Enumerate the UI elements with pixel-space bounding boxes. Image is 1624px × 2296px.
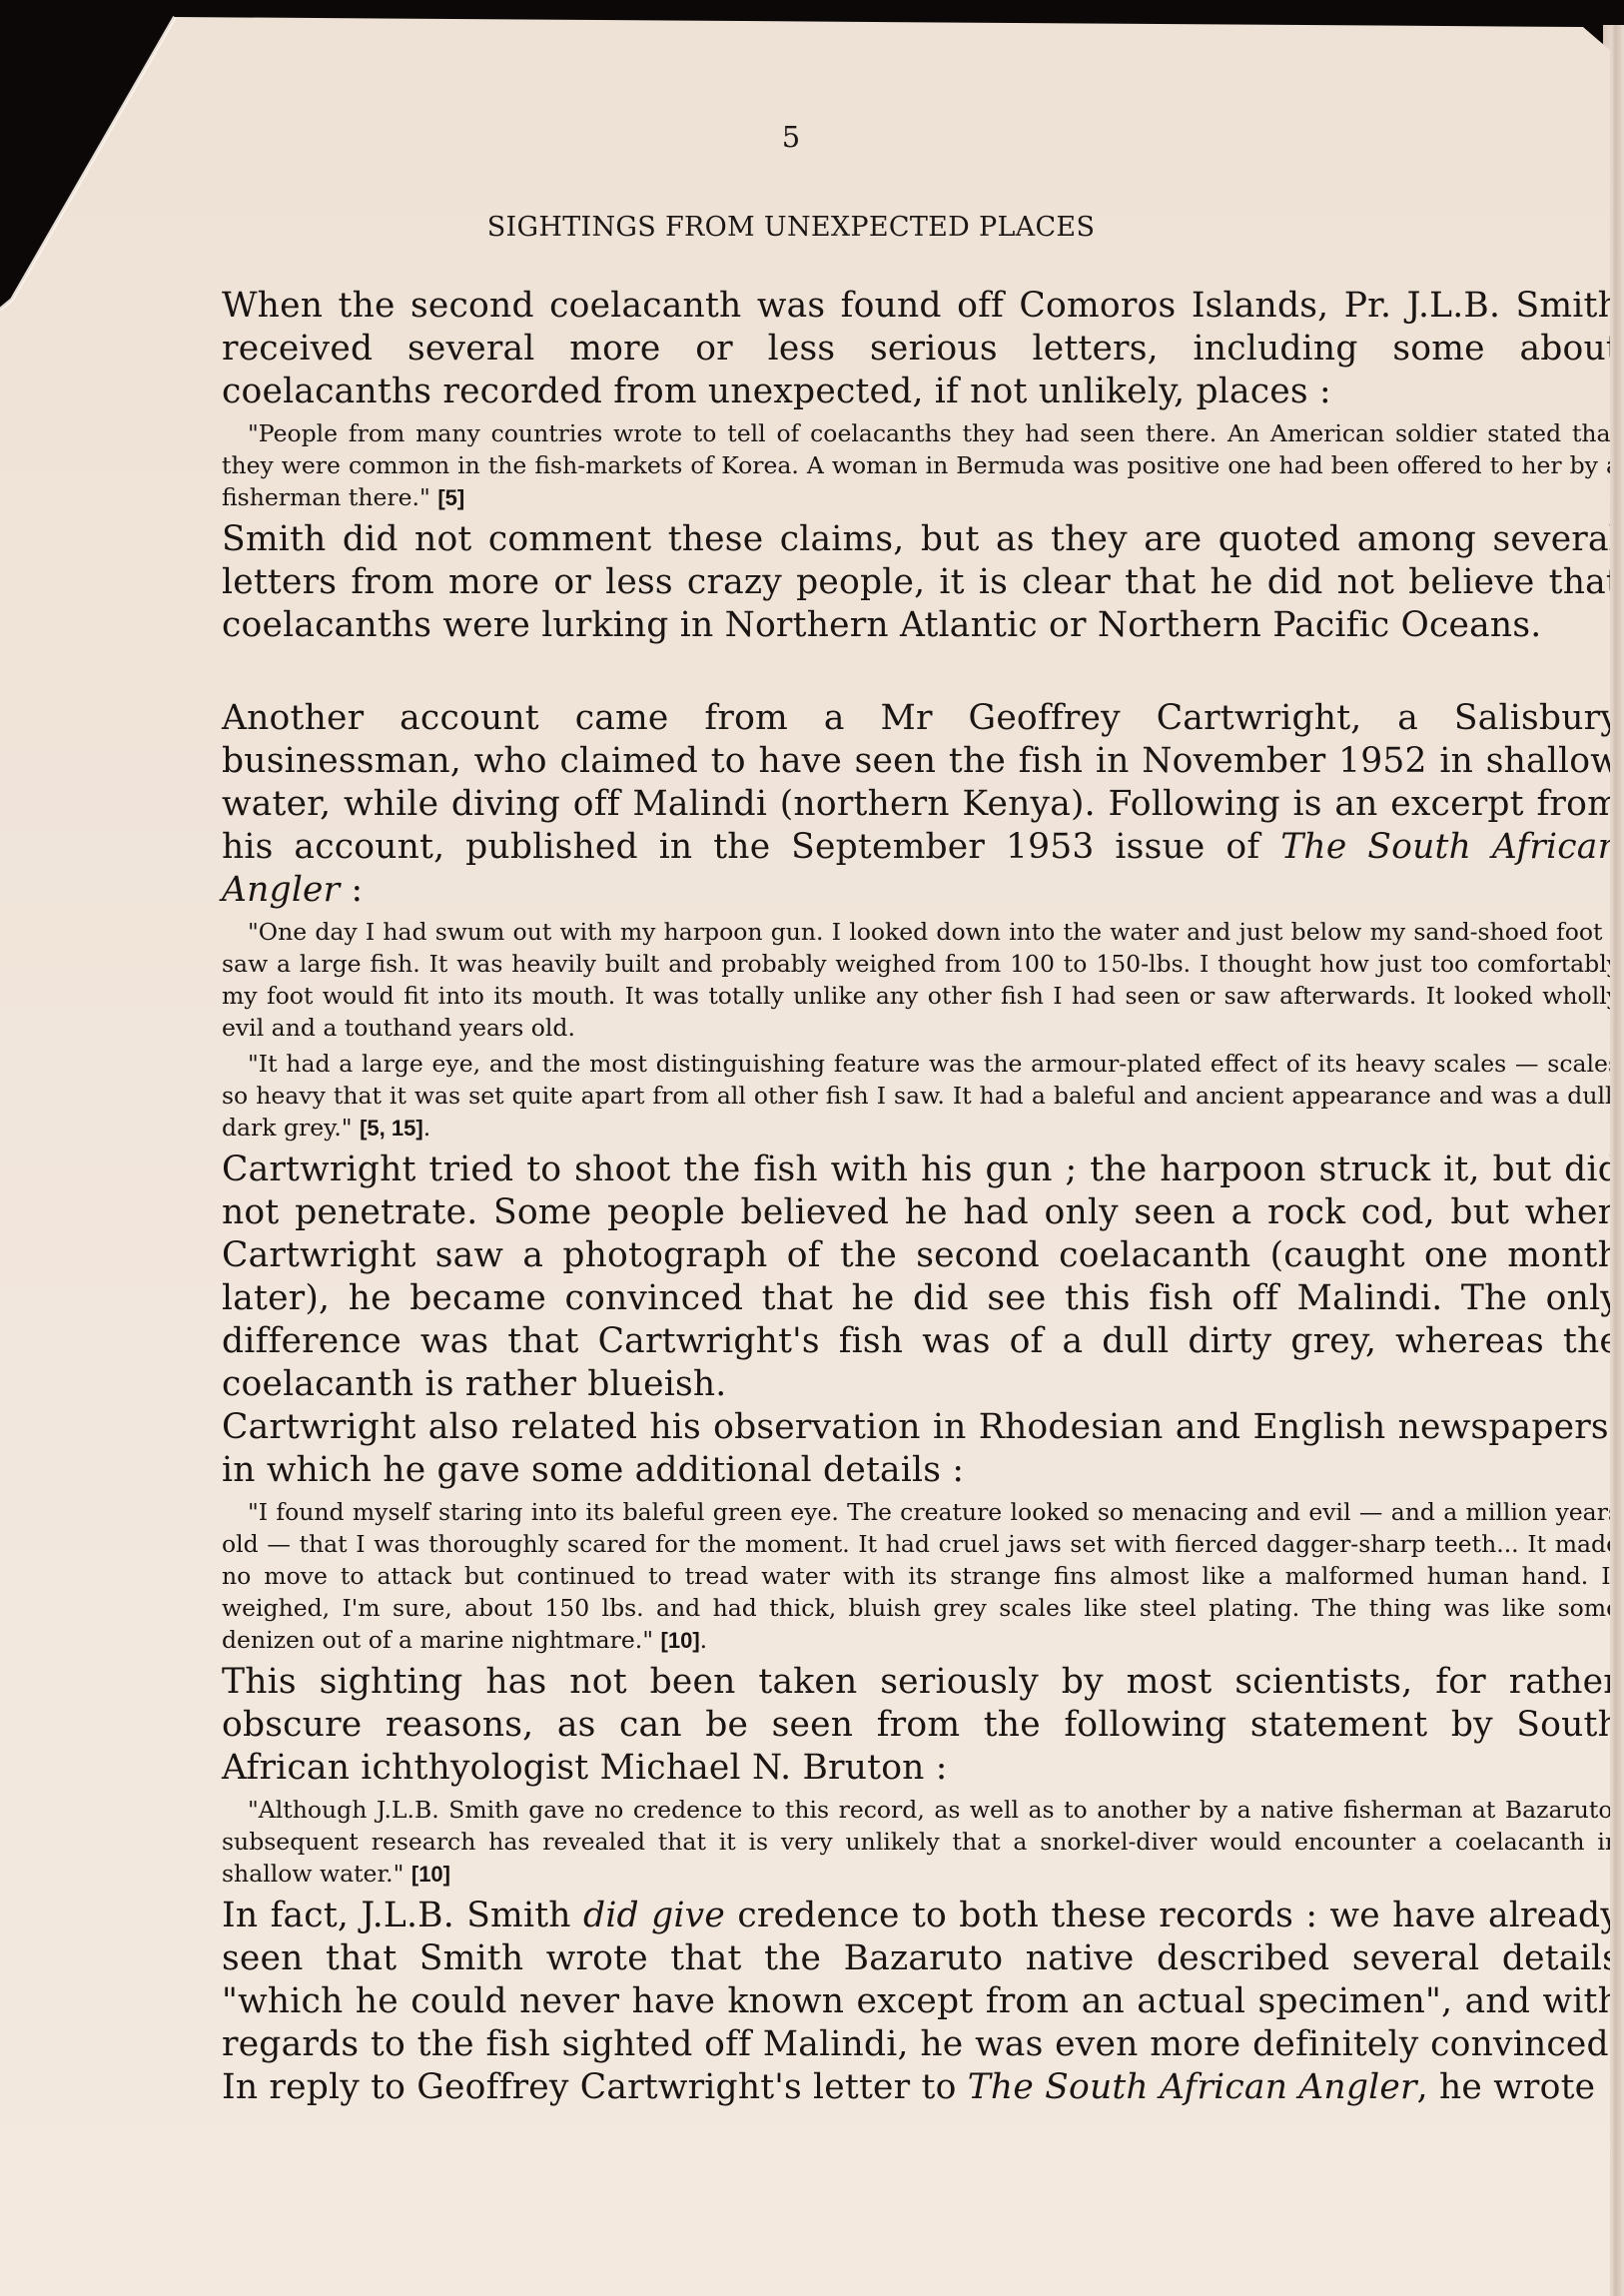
publication-title: The South African Angler — [968, 2067, 1417, 2107]
document-page: 5 SIGHTINGS FROM UNEXPECTED PLACES When … — [0, 0, 1610, 2296]
paragraph-gap — [222, 647, 1620, 697]
emphasis: did give — [583, 1896, 725, 1935]
paragraph-text: , he wrote : — [1417, 2067, 1619, 2107]
paragraph-text: : — [340, 870, 363, 910]
paragraph: When the second coelacanth was found off… — [222, 285, 1620, 413]
paragraph: Smith did not comment these claims, but … — [222, 518, 1620, 647]
paragraph: Cartwright also related his observation … — [222, 1406, 1620, 1492]
paragraph: Cartwright tried to shoot the fish with … — [222, 1148, 1620, 1406]
quote-text: "People from many countries wrote to tel… — [222, 419, 1620, 511]
block-quote: "People from many countries wrote to tel… — [222, 417, 1620, 514]
paragraph-text: When the second coelacanth was found off… — [222, 286, 1620, 411]
section-title: SIGHTINGS FROM UNEXPECTED PLACES — [222, 212, 1360, 243]
citation-ref: [10] — [661, 1628, 700, 1653]
block-quote: "One day I had swum out with my harpoon … — [222, 916, 1620, 1044]
quote-text: "I found myself staring into its baleful… — [222, 1498, 1620, 1654]
paragraph: This sighting has not been taken serious… — [222, 1661, 1620, 1790]
quote-text: "One day I had swum out with my harpoon … — [222, 918, 1620, 1042]
paragraph-text: This sighting has not been taken serious… — [222, 1662, 1620, 1788]
paragraph-text: Cartwright also related his observation … — [222, 1407, 1620, 1490]
paragraph-text: Smith did not comment these claims, but … — [222, 519, 1620, 645]
block-quote: "Although J.L.B. Smith gave no credence … — [222, 1794, 1620, 1891]
page-number: 5 — [222, 120, 1360, 154]
paragraph: In fact, J.L.B. Smith did give credence … — [222, 1895, 1620, 2109]
quote-text: "It had a large eye, and the most distin… — [222, 1050, 1620, 1142]
paragraph-text: Cartwright tried to shoot the fish with … — [222, 1149, 1620, 1404]
punctuation: . — [700, 1626, 707, 1654]
punctuation: . — [423, 1114, 430, 1142]
block-quote: "I found myself staring into its baleful… — [222, 1496, 1620, 1657]
citation-ref: [10] — [411, 1862, 450, 1887]
paragraph: Another account came from a Mr Geoffrey … — [222, 697, 1620, 912]
paragraph-text: In fact, J.L.B. Smith — [222, 1896, 583, 1935]
block-quote: "It had a large eye, and the most distin… — [222, 1048, 1620, 1145]
citation-ref: [5] — [437, 485, 464, 510]
page-body: When the second coelacanth was found off… — [222, 285, 1620, 2109]
citation-ref: [5, 15] — [360, 1116, 423, 1141]
